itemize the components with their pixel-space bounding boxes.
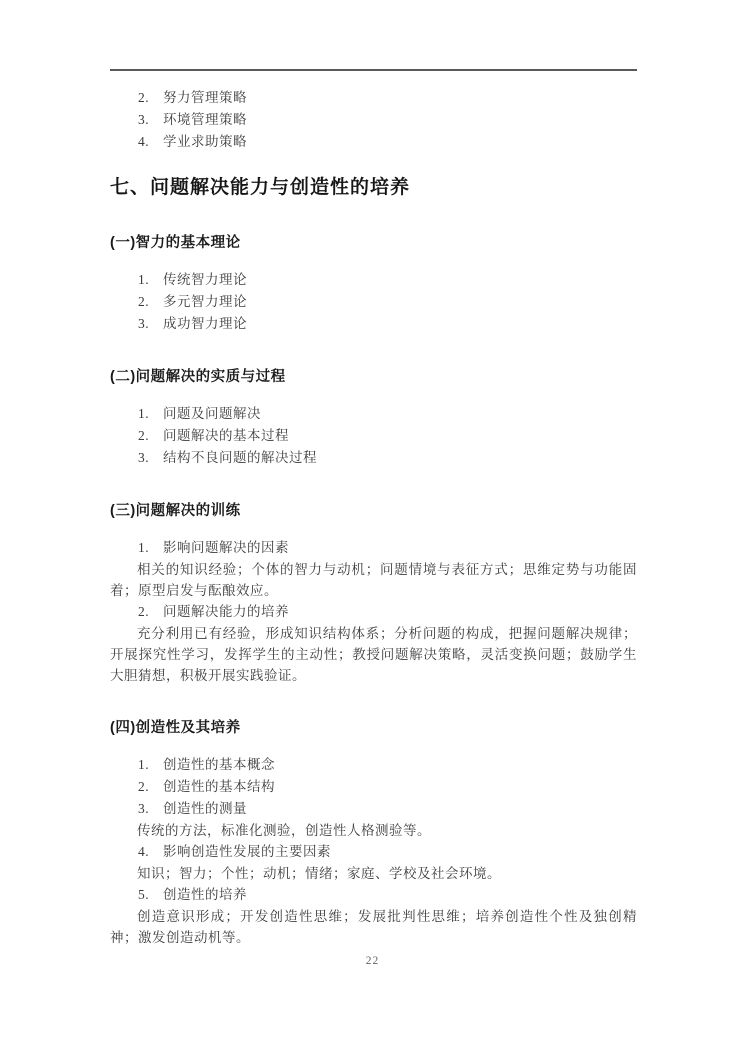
section: (三)问题解决的训练1.影响问题解决的因素相关的知识经验；个体的智力与动机；问题…: [110, 502, 637, 686]
item-text: 影响创造性发展的主要因素: [163, 841, 637, 863]
list-item: 2.努力管理策略: [110, 87, 637, 109]
paragraph: 创造意识形成；开发创造性思维；发展批判性思维；培养创造性个性及独创精神；激发创造…: [110, 906, 637, 948]
section: (四)创造性及其培养1.创造性的基本概念2.创造性的基本结构3.创造性的测量传统…: [110, 719, 637, 948]
section-blocks: 1.创造性的基本概念2.创造性的基本结构3.创造性的测量传统的方法，标准化测验，…: [110, 754, 637, 948]
section: (一)智力的基本理论1.传统智力理论2.多元智力理论3.成功智力理论: [110, 234, 637, 335]
section-blocks: 1.问题及问题解决2.问题解决的基本过程3.结构不良问题的解决过程: [110, 403, 637, 469]
item-number: 5.: [138, 884, 163, 906]
item-number: 3.: [138, 798, 163, 820]
item-text: 问题解决能力的培养: [163, 601, 637, 623]
list-item: 4.学业求助策略: [110, 131, 637, 153]
paragraph: 充分利用已有经验，形成知识结构体系；分析问题的构成，把握问题解决规律；开展探究性…: [110, 623, 637, 686]
item-number: 2.: [138, 776, 163, 798]
list-item: 5.创造性的培养: [110, 884, 637, 906]
item-number: 1.: [138, 269, 163, 291]
section: (二)问题解决的实质与过程1.问题及问题解决2.问题解决的基本过程3.结构不良问…: [110, 368, 637, 469]
list-item: 3.创造性的测量: [110, 798, 637, 820]
item-text: 问题解决的基本过程: [163, 425, 637, 447]
item-text: 多元智力理论: [163, 291, 637, 313]
item-text: 创造性的基本结构: [163, 776, 637, 798]
item-text: 传统智力理论: [163, 269, 637, 291]
item-text: 学业求助策略: [163, 131, 637, 153]
chapter-title: 七、问题解决能力与创造性的培养: [110, 175, 637, 201]
item-number: 3.: [138, 313, 163, 335]
item-number: 1.: [138, 537, 163, 559]
list-item: 1.影响问题解决的因素: [110, 537, 637, 559]
page-content: 2.努力管理策略3.环境管理策略4.学业求助策略 七、问题解决能力与创造性的培养…: [110, 0, 637, 948]
paragraph: 知识；智力；个性；动机；情绪；家庭、学校及社会环境。: [110, 863, 637, 884]
list-item: 3.环境管理策略: [110, 109, 637, 131]
item-text: 创造性的基本概念: [163, 754, 637, 776]
item-text: 影响问题解决的因素: [163, 537, 637, 559]
list-item: 3.成功智力理论: [110, 313, 637, 335]
item-number: 1.: [138, 754, 163, 776]
item-number: 4.: [138, 841, 163, 863]
paragraph: 传统的方法，标准化测验，创造性人格测验等。: [110, 820, 637, 841]
item-number: 4.: [138, 131, 163, 153]
list-item: 1.传统智力理论: [110, 269, 637, 291]
document-page: 2.努力管理策略3.环境管理策略4.学业求助策略 七、问题解决能力与创造性的培养…: [0, 0, 745, 1053]
item-number: 3.: [138, 447, 163, 469]
item-text: 结构不良问题的解决过程: [163, 447, 637, 469]
item-text: 问题及问题解决: [163, 403, 637, 425]
item-number: 2.: [138, 601, 163, 623]
item-text: 环境管理策略: [163, 109, 637, 131]
item-number: 2.: [138, 425, 163, 447]
section-heading: (四)创造性及其培养: [110, 719, 637, 737]
list-item: 2.问题解决能力的培养: [110, 601, 637, 623]
section-blocks: 1.影响问题解决的因素相关的知识经验；个体的智力与动机；问题情境与表征方式；思维…: [110, 537, 637, 686]
list-item: 3.结构不良问题的解决过程: [110, 447, 637, 469]
item-number: 1.: [138, 403, 163, 425]
section-heading: (三)问题解决的训练: [110, 502, 637, 520]
paragraph: 相关的知识经验；个体的智力与动机；问题情境与表征方式；思维定势与功能固着；原型启…: [110, 559, 637, 601]
item-text: 创造性的测量: [163, 798, 637, 820]
leading-list: 2.努力管理策略3.环境管理策略4.学业求助策略: [110, 87, 637, 153]
section-blocks: 1.传统智力理论2.多元智力理论3.成功智力理论: [110, 269, 637, 335]
list-item: 2.多元智力理论: [110, 291, 637, 313]
item-number: 2.: [138, 87, 163, 109]
list-item: 1.创造性的基本概念: [110, 754, 637, 776]
item-number: 3.: [138, 109, 163, 131]
section-heading: (一)智力的基本理论: [110, 234, 637, 252]
list-item: 1.问题及问题解决: [110, 403, 637, 425]
item-number: 2.: [138, 291, 163, 313]
header-rule: [110, 69, 637, 71]
section-heading: (二)问题解决的实质与过程: [110, 368, 637, 386]
item-text: 创造性的培养: [163, 884, 637, 906]
list-item: 2.创造性的基本结构: [110, 776, 637, 798]
page-number: 22: [0, 955, 745, 967]
item-text: 成功智力理论: [163, 313, 637, 335]
list-item: 2.问题解决的基本过程: [110, 425, 637, 447]
list-item: 4.影响创造性发展的主要因素: [110, 841, 637, 863]
sections-container: (一)智力的基本理论1.传统智力理论2.多元智力理论3.成功智力理论(二)问题解…: [110, 234, 637, 948]
item-text: 努力管理策略: [163, 87, 637, 109]
